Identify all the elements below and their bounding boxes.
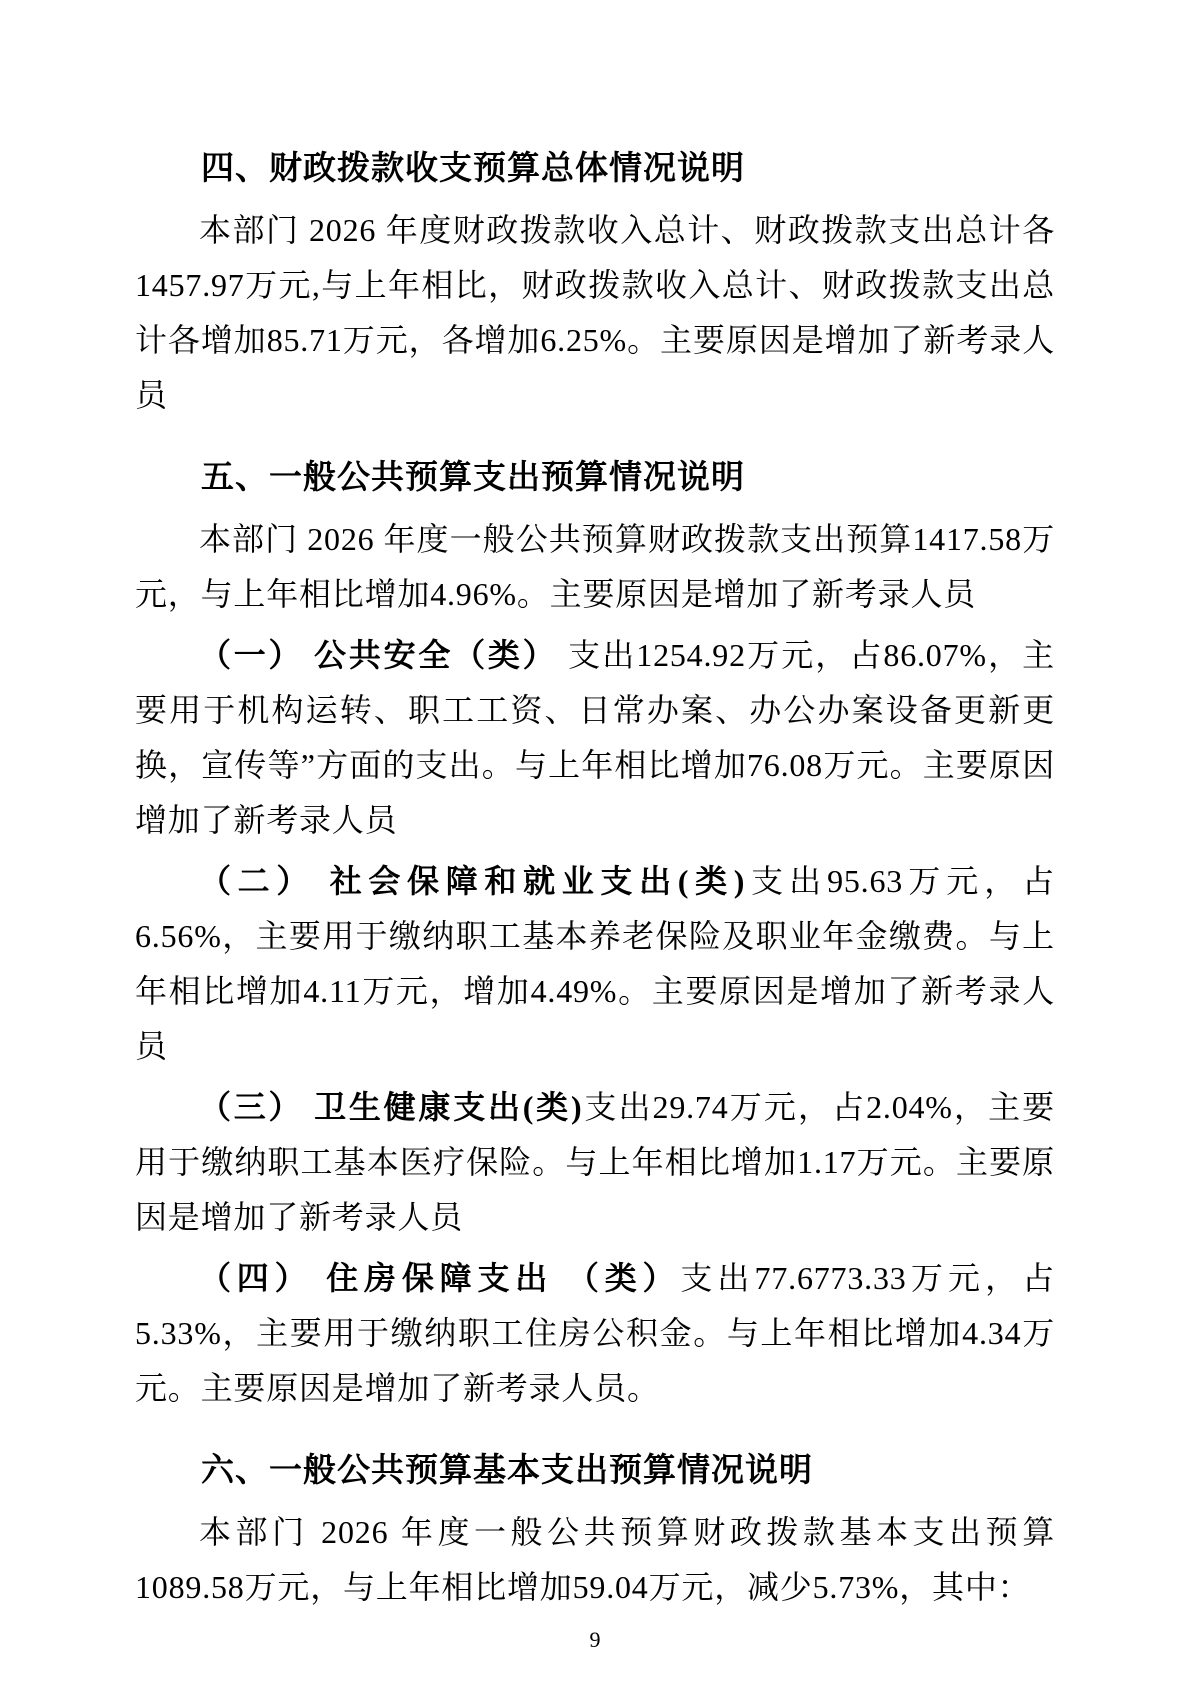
paragraph: 本部门 2026 年度一般公共预算财政拨款支出预算1417.58万元，与上年相比… bbox=[135, 512, 1055, 622]
sub-paragraph: （三） 卫生健康支出(类)支出29.74万元，占2.04%，主要用于缴纳职工基本… bbox=[135, 1080, 1055, 1245]
sub-paragraph: （二） 社会保障和就业支出(类)支出95.63万元，占6.56%，主要用于缴纳职… bbox=[135, 854, 1055, 1074]
sub-paragraph-lead: （二） 社会保障和就业支出(类) bbox=[199, 863, 746, 899]
section-heading: 六、一般公共预算基本支出预算情况说明 bbox=[135, 1442, 1055, 1497]
sub-paragraph-lead: （三） 卫生健康支出(类) bbox=[199, 1089, 583, 1125]
page-number: 9 bbox=[135, 1625, 1055, 1655]
paragraph: 本部门 2026 年度一般公共预算财政拨款基本支出预算1089.58万元，与上年… bbox=[135, 1505, 1055, 1615]
document-page: 四、财政拨款收支预算总体情况说明本部门 2026 年度财政拨款收入总计、财政拨款… bbox=[0, 0, 1190, 1683]
sub-paragraph: （四） 住房保障支出 （类）支出77.6773.33万元，占5.33%，主要用于… bbox=[135, 1251, 1055, 1416]
paragraph: 本部门 2026 年度财政拨款收入总计、财政拨款支出总计各1457.97万元,与… bbox=[135, 203, 1055, 423]
sub-paragraph: （一） 公共安全（类） 支出1254.92万元，占86.07%，主要用于机构运转… bbox=[135, 628, 1055, 848]
sub-paragraph-lead: （四） 住房保障支出 （类） bbox=[199, 1260, 680, 1296]
section-heading: 四、财政拨款收支预算总体情况说明 bbox=[135, 140, 1055, 195]
section-heading: 五、一般公共预算支出预算情况说明 bbox=[135, 449, 1055, 504]
document-body: 四、财政拨款收支预算总体情况说明本部门 2026 年度财政拨款收入总计、财政拨款… bbox=[135, 140, 1055, 1615]
sub-paragraph-lead: （一） 公共安全（类） bbox=[199, 637, 568, 673]
